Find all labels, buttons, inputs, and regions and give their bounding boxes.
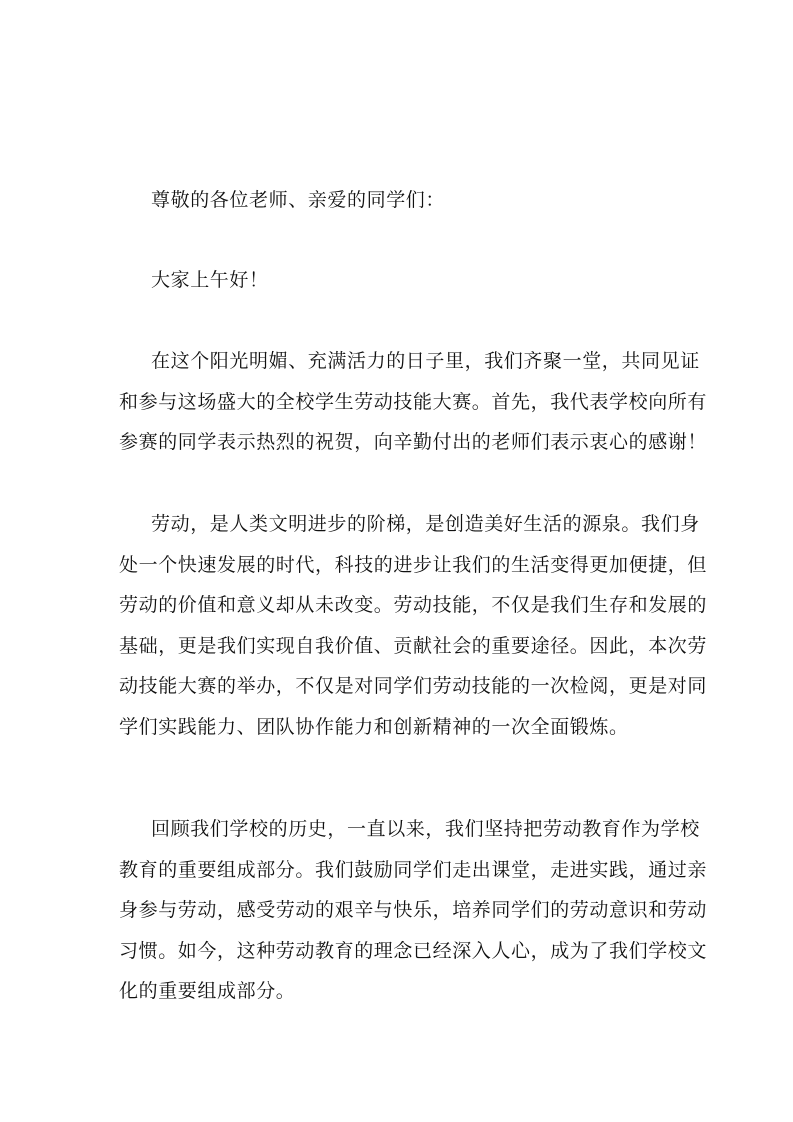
paragraph-line: 习惯。如今，这种劳动教育的理念已经深入人心，成为了我们学校文 bbox=[119, 939, 707, 963]
paragraph-line: 劳动，是人类文明进步的阶梯，是创造美好生活的源泉。我们身 bbox=[151, 512, 700, 536]
paragraph-line: 劳动的价值和意义却从未改变。劳动技能，不仅是我们生存和发展的 bbox=[119, 593, 707, 617]
paragraph-line: 回顾我们学校的历史，一直以来，我们坚持把劳动教育作为学校 bbox=[151, 817, 700, 841]
paragraph-line: 动技能大赛的举办，不仅是对同学们劳动技能的一次检阅，更是对同 bbox=[119, 674, 707, 698]
paragraph-line: 身参与劳动，感受劳动的艰辛与快乐，培养同学们的劳动意识和劳动 bbox=[119, 898, 707, 922]
salutation: 尊敬的各位老师、亲爱的同学们： bbox=[151, 188, 445, 212]
paragraph-line: 化的重要组成部分。 bbox=[119, 979, 295, 1003]
paragraph-line: 学们实践能力、团队协作能力和创新精神的一次全面锻炼。 bbox=[119, 715, 629, 739]
paragraph-line: 在这个阳光明媚、充满活力的日子里，我们齐聚一堂，共同见证 bbox=[151, 349, 700, 373]
paragraph-line: 和参与这场盛大的全校学生劳动技能大赛。首先，我代表学校向所有 bbox=[119, 390, 707, 414]
document-page: 尊敬的各位老师、亲爱的同学们： 大家上午好！ 在这个阳光明媚、充满活力的日子里，… bbox=[0, 0, 793, 1122]
paragraph-line: 处一个快速发展的时代，科技的进步让我们的生活变得更加便捷，但 bbox=[119, 553, 707, 577]
paragraph-line: 参赛的同学表示热烈的祝贺，向辛勤付出的老师们表示衷心的感谢！ bbox=[119, 430, 707, 454]
paragraph-line: 教育的重要组成部分。我们鼓励同学们走出课堂，走进实践，通过亲 bbox=[119, 858, 707, 882]
paragraph-line: 基础，更是我们实现自我价值、贡献社会的重要途径。因此，本次劳 bbox=[119, 634, 707, 658]
greeting: 大家上午好！ bbox=[151, 268, 269, 292]
